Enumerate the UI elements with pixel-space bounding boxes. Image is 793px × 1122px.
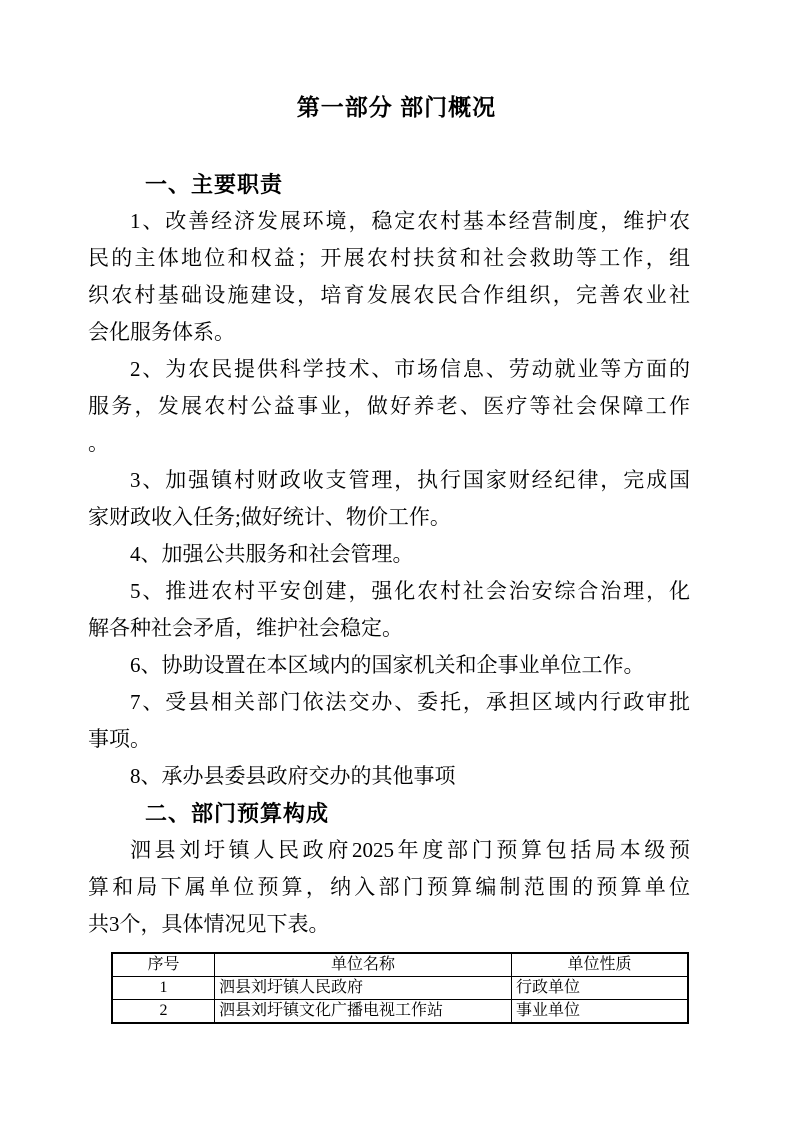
body-line: 家财政收入任务;做好统计、物价工作。 xyxy=(88,499,690,536)
body-line: 5、推进农村平安创建，强化农村社会治安综合治理，化 xyxy=(88,573,690,610)
body-line: 4、加强公共服务和社会管理。 xyxy=(88,536,690,573)
document-body: 一、主要职责 1、改善经济发展环境，稳定农村基本经营制度，维护农 民的主体地位和… xyxy=(88,166,690,943)
body-line: 3、加强镇村财政收支管理，执行国家财经纪律，完成国 xyxy=(88,462,690,499)
body-line: 。 xyxy=(88,425,690,462)
body-line: 1、改善经济发展环境，稳定农村基本经营制度，维护农 xyxy=(88,203,690,240)
cell-unit-type: 行政单位 xyxy=(512,977,689,1000)
section-2-heading: 二、部门预算构成 xyxy=(88,795,690,832)
table-header-row: 序号 单位名称 单位性质 xyxy=(112,953,688,977)
body-line: 6、协助设置在本区域内的国家机关和企事业单位工作。 xyxy=(88,647,690,684)
section-1-heading: 一、主要职责 xyxy=(88,166,690,203)
document-page: 第一部分 部门概况 一、主要职责 1、改善经济发展环境，稳定农村基本经营制度，维… xyxy=(0,0,793,1122)
body-line: 2、为农民提供科学技术、市场信息、劳动就业等方面的 xyxy=(88,351,690,388)
budget-units-table: 序号 单位名称 单位性质 1 泗县刘圩镇人民政府 行政单位 2 泗县刘圩镇文化广… xyxy=(111,952,689,1024)
cell-seq: 2 xyxy=(112,1000,215,1024)
body-line: 事项。 xyxy=(88,721,690,758)
cell-unit-name: 泗县刘圩镇人民政府 xyxy=(215,977,512,1000)
cell-unit-name: 泗县刘圩镇文化广播电视工作站 xyxy=(215,1000,512,1024)
body-line: 8、承办县委县政府交办的其他事项 xyxy=(88,758,690,795)
body-line: 服务，发展农村公益事业，做好养老、医疗等社会保障工作 xyxy=(88,388,690,425)
table-row: 2 泗县刘圩镇文化广播电视工作站 事业单位 xyxy=(112,1000,688,1024)
body-line: 共3个，具体情况见下表。 xyxy=(88,906,690,943)
body-line: 会化服务体系。 xyxy=(88,314,690,351)
body-line: 泗县刘圩镇人民政府2025年度部门预算包括局本级预 xyxy=(88,832,690,869)
cell-unit-type: 事业单位 xyxy=(512,1000,689,1024)
doc-title: 第一部分 部门概况 xyxy=(0,92,793,122)
body-line: 算和局下属单位预算，纳入部门预算编制范围的预算单位 xyxy=(88,869,690,906)
body-line: 民的主体地位和权益；开展农村扶贫和社会救助等工作，组 xyxy=(88,240,690,277)
cell-seq: 1 xyxy=(112,977,215,1000)
table-row: 1 泗县刘圩镇人民政府 行政单位 xyxy=(112,977,688,1000)
col-header-unit-name: 单位名称 xyxy=(215,953,512,977)
body-line: 织农村基础设施建设，培育发展农民合作组织，完善农业社 xyxy=(88,277,690,314)
body-line: 解各种社会矛盾，维护社会稳定。 xyxy=(88,610,690,647)
body-line: 7、受县相关部门依法交办、委托，承担区域内行政审批 xyxy=(88,684,690,721)
col-header-seq: 序号 xyxy=(112,953,215,977)
col-header-unit-type: 单位性质 xyxy=(512,953,689,977)
